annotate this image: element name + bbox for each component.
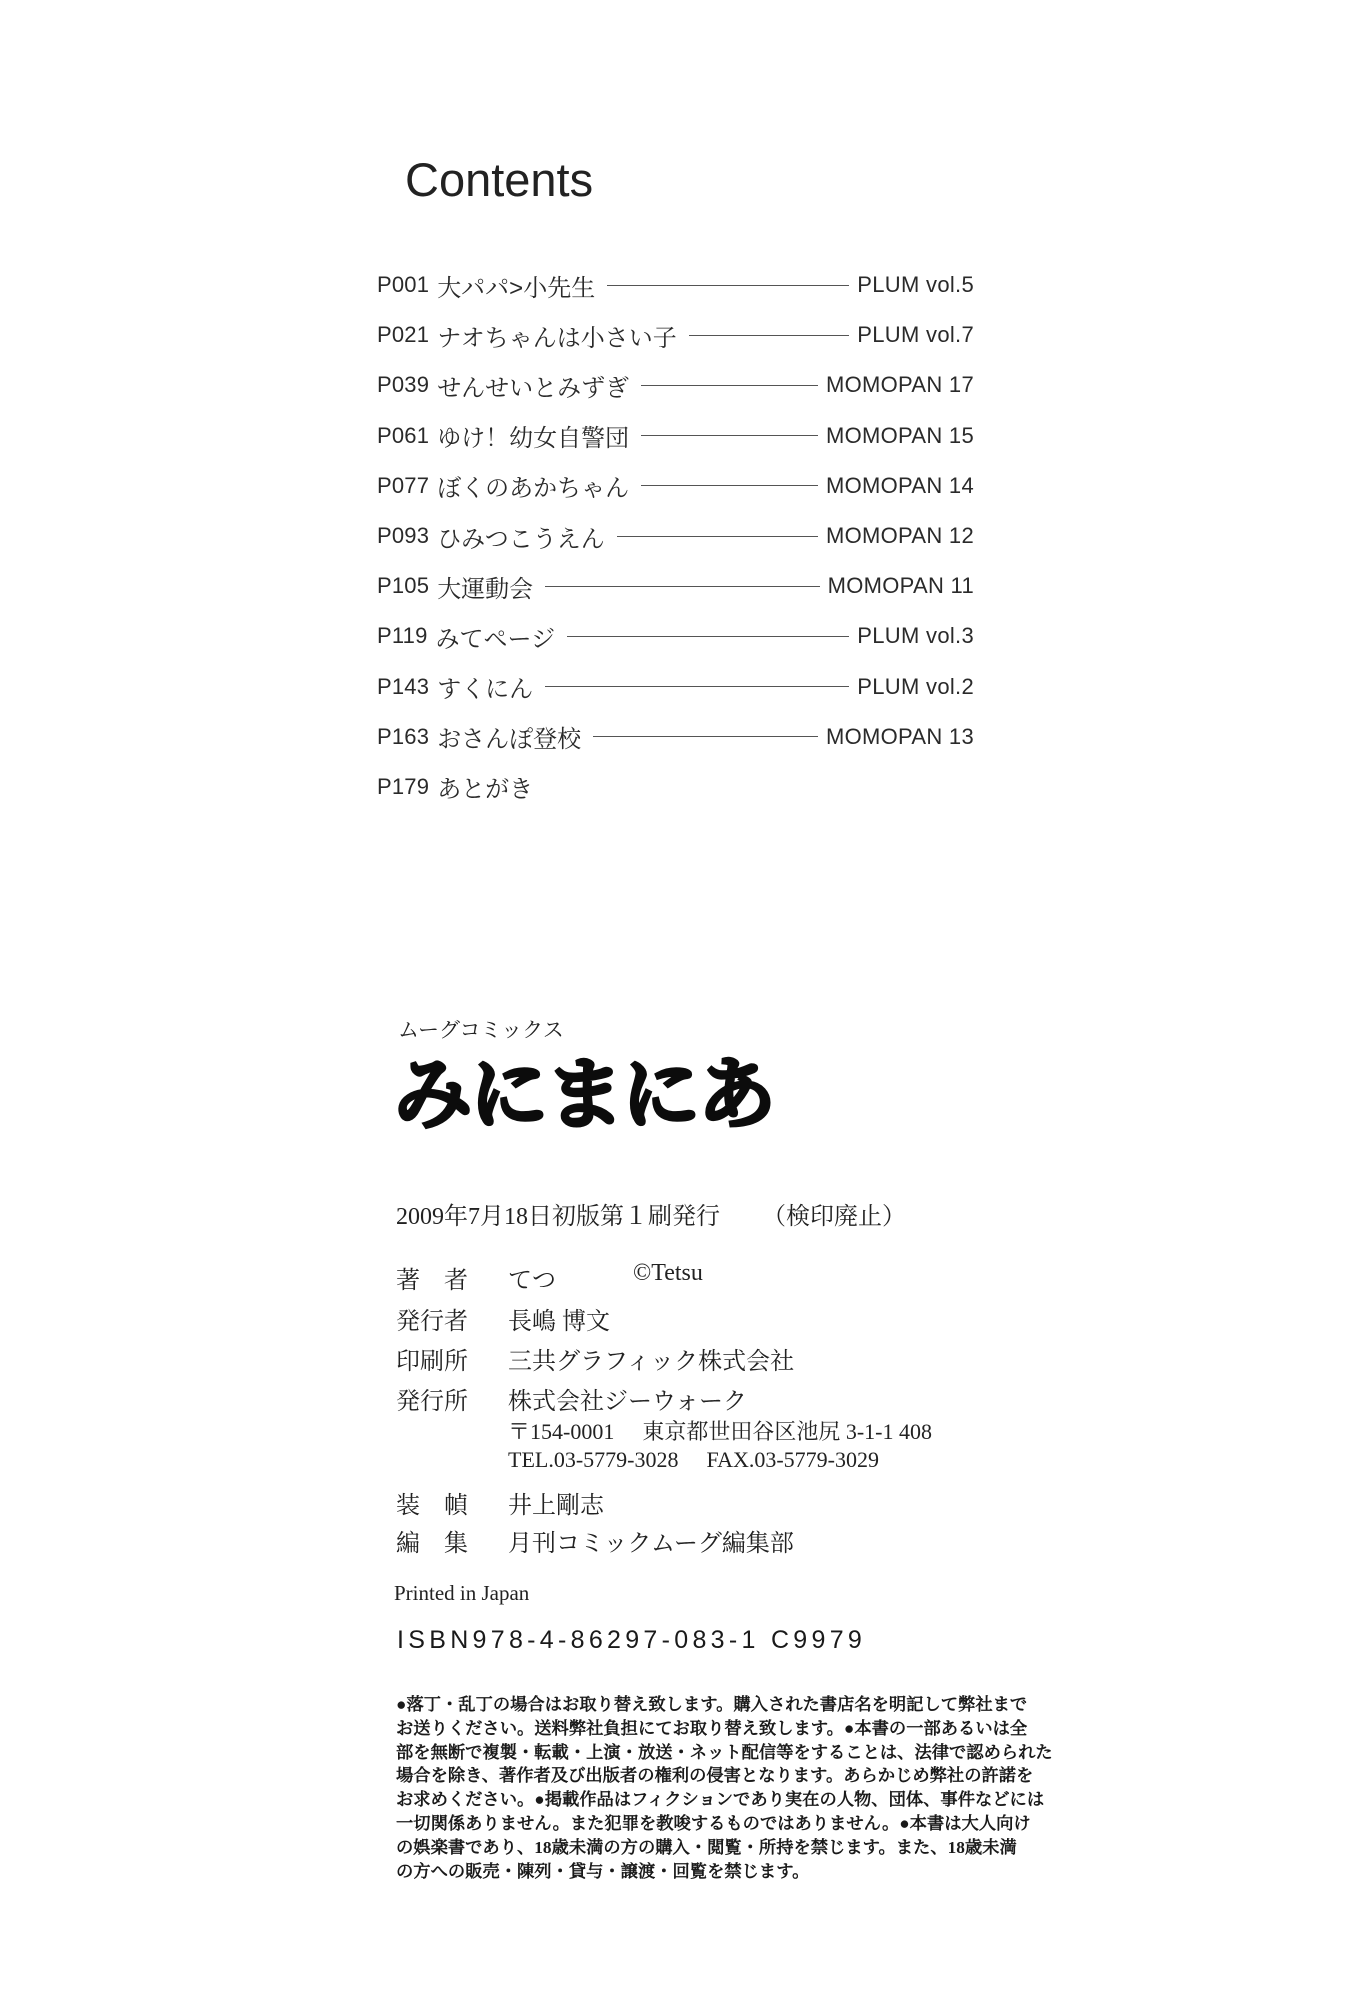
toc-source: PLUM vol.7 [857, 322, 974, 348]
toc-source: MOMOPAN 11 [828, 573, 974, 599]
disclaimer-line: 場合を除き、著作者及び出版者の権利の侵害となります。あらかじめ弊社の許諾を [396, 1764, 986, 1788]
leader-line [617, 536, 818, 537]
toc-entry: P143 すくにん PLUM vol.2 [377, 662, 974, 712]
fax: FAX.03-5779-3029 [706, 1447, 879, 1472]
printed-in-japan: Printed in Japan [394, 1581, 529, 1606]
leader-line [641, 485, 818, 486]
toc-entry: P163 おさんぽ登校 MOMOPAN 13 [377, 712, 974, 762]
credit-label: 著 者 [396, 1260, 508, 1295]
toc-page-number: P119 [377, 623, 428, 649]
toc-source: MOMOPAN 12 [826, 523, 974, 549]
credit-author: 著 者てつ ©Tetsu [396, 1260, 556, 1295]
credit-value: 井上剛志 [508, 1485, 604, 1520]
credit-design: 装 幀井上剛志 [396, 1485, 604, 1520]
credit-value: 月刊コミックムーグ編集部 [508, 1523, 794, 1558]
publication-date: 2009年7月18日初版第１刷発行 [396, 1204, 720, 1230]
isbn: ISBN978-4-86297-083-1 C9979 [397, 1626, 866, 1655]
toc-source: PLUM vol.5 [857, 272, 974, 298]
credit-publisher: 発行所株式会社ジーウォーク [396, 1381, 747, 1416]
street-address: 東京都世田谷区池尻 3-1-1 408 [642, 1419, 932, 1444]
leader-line [641, 435, 818, 436]
disclaimer-line: ●落丁・乱丁の場合はお取り替え致します。購入された書店名を明記して弊社まで [396, 1693, 986, 1717]
toc-entry: P105 大運動会 MOMOPAN 11 [377, 561, 974, 611]
toc-source: MOMOPAN 15 [826, 423, 974, 449]
toc-entry: P021 ナオちゃんは小さい子 PLUM vol.7 [377, 310, 974, 360]
leader-line [689, 335, 850, 336]
toc-story-title: 大パパ>小先生 [437, 268, 595, 303]
leader-line [607, 285, 849, 286]
toc-story-title: 大運動会 [437, 569, 533, 604]
toc-story-title: ゆけ！幼女自警団 [437, 418, 629, 453]
publisher-contact: TEL.03-5779-3028FAX.03-5779-3029 [508, 1447, 879, 1473]
credit-editor: 編 集月刊コミックムーグ編集部 [396, 1523, 794, 1558]
disclaimer-line: お求めください。●掲載作品はフィクションであり実在の人物、団体、事件などには [396, 1788, 986, 1812]
toc-page-number: P143 [377, 674, 429, 700]
credit-publisher-person: 発行者長嶋 博文 [396, 1301, 610, 1336]
toc-story-title: あとがき [437, 769, 533, 804]
leader-line [593, 736, 818, 737]
disclaimer-line: お送りください。送料弊社負担にてお取り替え致します。●本書の一部あるいは全 [396, 1717, 986, 1741]
disclaimer-line: 部を無断で複製・転載・上演・放送・ネット配信等をすることは、法律で認められた [396, 1741, 986, 1765]
leader-line [545, 686, 849, 687]
toc-story-title: みてページ [436, 619, 556, 654]
credit-label: 発行者 [396, 1301, 508, 1336]
toc-entry: P061 ゆけ！幼女自警団 MOMOPAN 15 [377, 411, 974, 461]
toc-page-number: P093 [377, 523, 429, 549]
toc-story-title: すくにん [437, 669, 533, 704]
toc-page-number: P179 [377, 774, 429, 800]
toc-source: PLUM vol.2 [857, 674, 974, 700]
toc-entry: P039 せんせいとみずぎ MOMOPAN 17 [377, 360, 974, 410]
toc-story-title: ぼくのあかちゃん [437, 468, 629, 503]
toc-source: MOMOPAN 14 [826, 473, 974, 499]
credit-label: 装 幀 [396, 1485, 508, 1520]
disclaimer-line: の方への販売・陳列・貸与・譲渡・回覧を禁じます。 [396, 1860, 986, 1884]
contents-heading: Contents [405, 152, 593, 208]
seal-notice: （検印廃止） [762, 1204, 906, 1230]
legal-disclaimer: ●落丁・乱丁の場合はお取り替え致します。購入された書店名を明記して弊社まで お送… [396, 1693, 986, 1883]
postal-code: 〒154-0001 [508, 1419, 614, 1444]
toc-story-title: ひみつこうえん [437, 519, 605, 554]
credit-value: てつ [508, 1260, 556, 1295]
toc-page-number: P039 [377, 372, 429, 398]
credit-value: 三共グラフィック株式会社 [508, 1341, 794, 1376]
leader-line [545, 586, 819, 587]
toc-source: MOMOPAN 17 [826, 372, 974, 398]
toc-source: MOMOPAN 13 [826, 724, 974, 750]
credit-label: 編 集 [396, 1523, 508, 1558]
disclaimer-line: の娯楽書であり、18歳未満の方の購入・閲覧・所持を禁じます。また、18歳未満 [396, 1836, 986, 1860]
credit-printer: 印刷所三共グラフィック株式会社 [396, 1341, 794, 1376]
table-of-contents: P001 大パパ>小先生 PLUM vol.5 P021 ナオちゃんは小さい子 … [377, 260, 974, 812]
toc-entry: P077 ぼくのあかちゃん MOMOPAN 14 [377, 461, 974, 511]
toc-page-number: P061 [377, 423, 429, 449]
toc-entry: P001 大パパ>小先生 PLUM vol.5 [377, 260, 974, 310]
book-title: みにまにあ [394, 1046, 774, 1142]
toc-page-number: P163 [377, 724, 429, 750]
credit-label: 発行所 [396, 1381, 508, 1416]
toc-page-number: P105 [377, 573, 429, 599]
publication-date-line: 2009年7月18日初版第１刷発行（検印廃止） [396, 1196, 906, 1231]
toc-story-title: せんせいとみずぎ [437, 368, 629, 403]
toc-story-title: ナオちゃんは小さい子 [437, 318, 677, 353]
disclaimer-line: 一切関係ありません。また犯罪を教唆するものではありません。●本書は大人向け [396, 1812, 986, 1836]
publisher-address: 〒154-0001東京都世田谷区池尻 3-1-1 408 [508, 1415, 932, 1446]
credit-label: 印刷所 [396, 1341, 508, 1376]
toc-page-number: P001 [377, 272, 429, 298]
toc-entry-afterword: P179 あとがき [377, 762, 974, 812]
toc-page-number: P077 [377, 473, 429, 499]
credit-value: 株式会社ジーウォーク [508, 1381, 747, 1416]
toc-entry: P119 みてページ PLUM vol.3 [377, 611, 974, 661]
leader-line [567, 636, 849, 637]
leader-line [641, 385, 818, 386]
copyright-notice: ©Tetsu [633, 1260, 703, 1287]
toc-page-number: P021 [377, 322, 429, 348]
credit-value: 長嶋 博文 [508, 1301, 610, 1336]
toc-story-title: おさんぽ登校 [437, 719, 581, 754]
toc-source: PLUM vol.3 [857, 623, 974, 649]
series-name: ムーグコミックス [398, 1014, 564, 1044]
telephone: TEL.03-5779-3028 [508, 1447, 678, 1472]
toc-entry: P093 ひみつこうえん MOMOPAN 12 [377, 511, 974, 561]
